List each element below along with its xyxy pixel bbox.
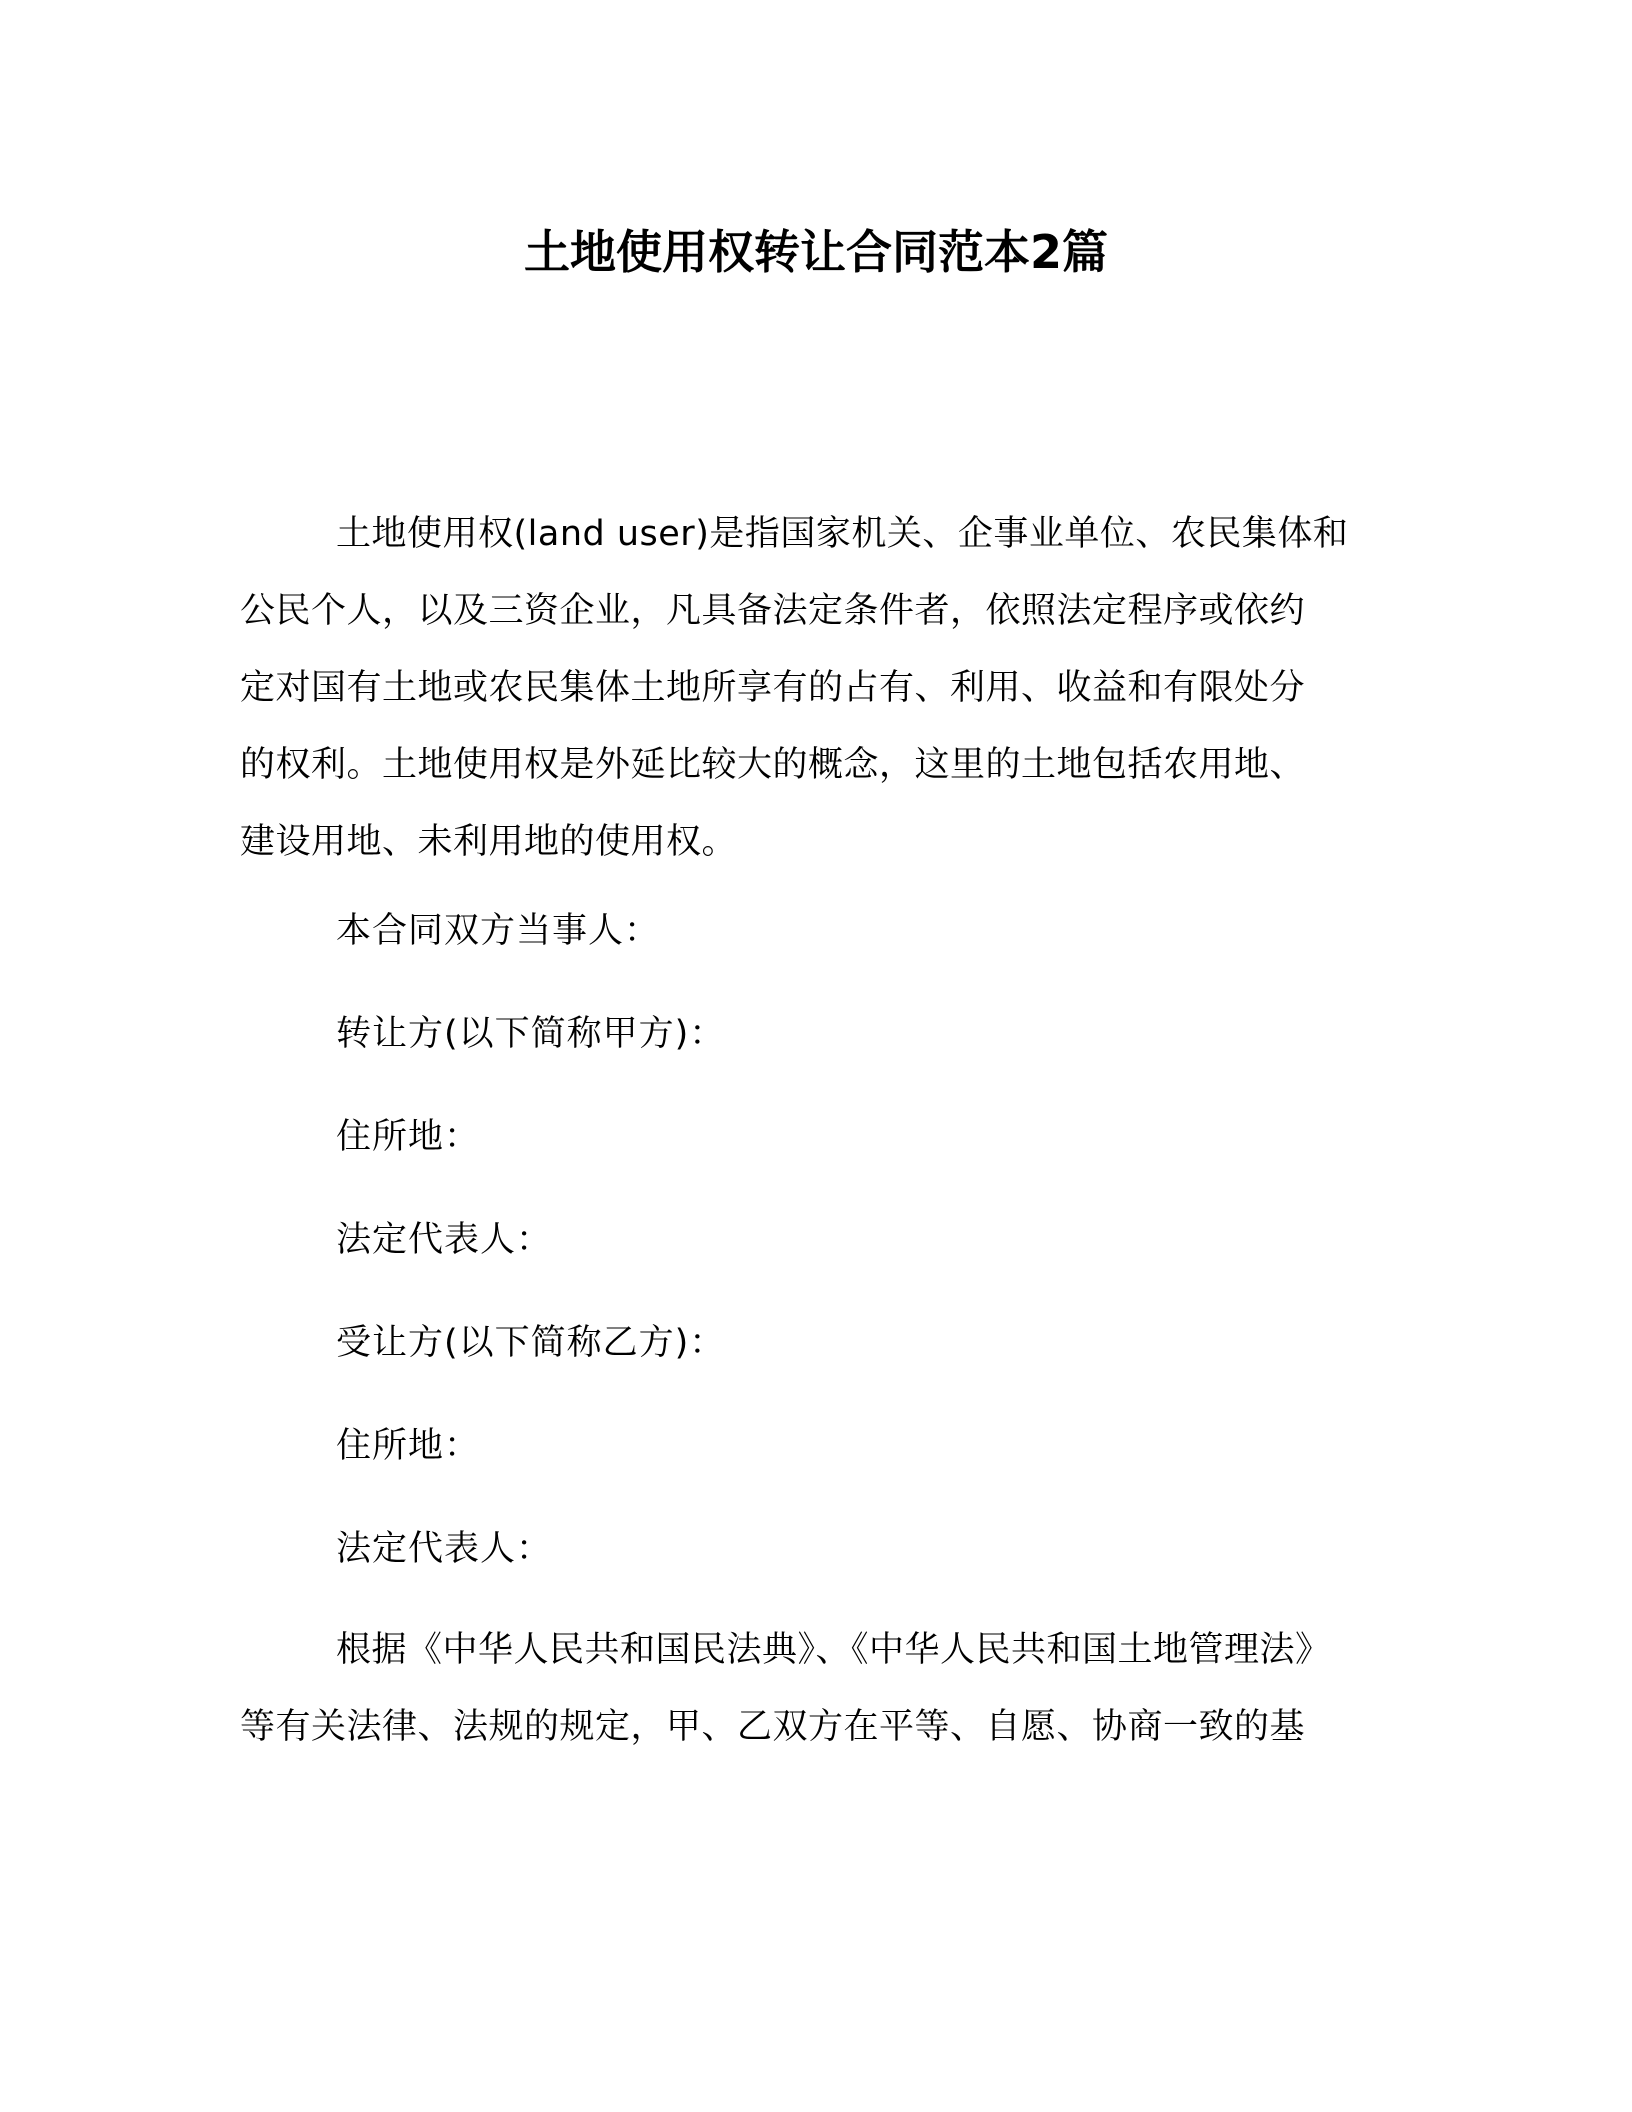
intro-paragraph: 土地使用权(land user)是指国家机关、企事业单位、农民集体和 公民个人，… xyxy=(240,496,1410,881)
transferee-label: 受让方(以下简称乙方)： xyxy=(336,1318,725,1368)
basis-paragraph: 根据《中华人民共和国民法典》、《中华人民共和国土地管理法》 等有关法律、法规的规… xyxy=(240,1612,1410,1766)
document-page: 土地使用权转让合同范本2篇 土地使用权(land user)是指国家机关、企事业… xyxy=(0,0,1632,2112)
transferor-label: 转让方(以下简称甲方)： xyxy=(336,1009,725,1059)
intro-line-1: 土地使用权(land user)是指国家机关、企事业单位、农民集体和 xyxy=(240,496,1410,573)
transferee-representative-label: 法定代表人： xyxy=(336,1524,552,1574)
parties-heading: 本合同双方当事人： xyxy=(336,906,660,956)
transferor-address-label: 住所地： xyxy=(336,1112,480,1162)
transferor-representative-label: 法定代表人： xyxy=(336,1215,552,1265)
intro-line-2: 公民个人，以及三资企业，凡具备法定条件者，依照法定程序或依约 xyxy=(240,573,1410,650)
intro-line-5: 建设用地、未利用地的使用权。 xyxy=(240,804,1410,881)
transferee-address-label: 住所地： xyxy=(336,1421,480,1471)
document-title: 土地使用权转让合同范本2篇 xyxy=(0,222,1632,282)
basis-line-2: 等有关法律、法规的规定，甲、乙双方在平等、自愿、协商一致的基 xyxy=(240,1689,1410,1766)
intro-line-4: 的权利。土地使用权是外延比较大的概念，这里的土地包括农用地、 xyxy=(240,727,1410,804)
intro-line-3: 定对国有土地或农民集体土地所享有的占有、利用、收益和有限处分 xyxy=(240,650,1410,727)
basis-line-1: 根据《中华人民共和国民法典》、《中华人民共和国土地管理法》 xyxy=(240,1612,1410,1689)
